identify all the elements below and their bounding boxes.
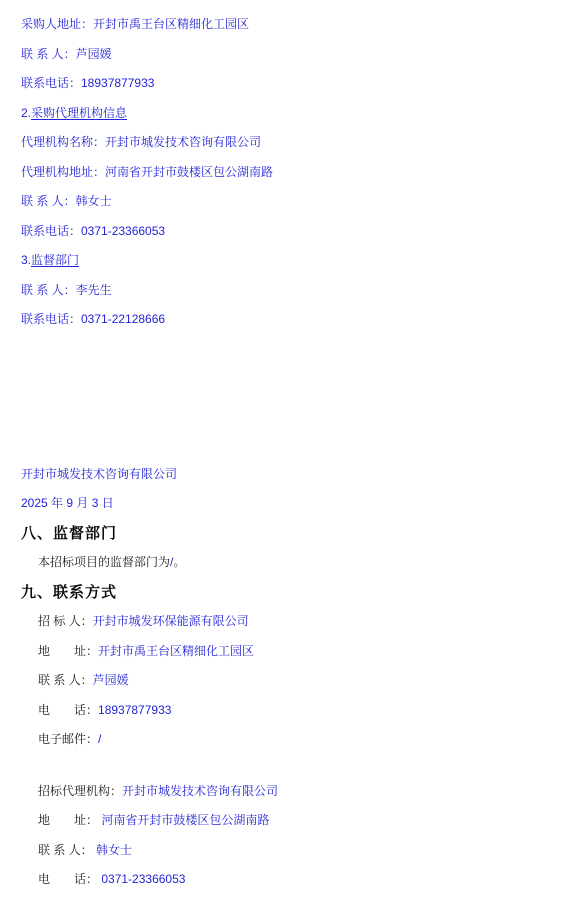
row-value: 河南省开封市鼓楼区包公湖南路 xyxy=(98,813,269,827)
purchaser-address-line: 采购人地址：开封市禹王台区精细化工园区 xyxy=(21,10,549,40)
tenderer-contact-row: 联 系 人：芦园媛 xyxy=(21,666,549,696)
signature-agency-name: 开封市城发技术咨询有限公司 xyxy=(21,460,549,490)
supervisor-section-title: 监督部门 xyxy=(31,253,79,267)
purchaser-phone-line: 联系电话：18937877933 xyxy=(21,69,549,99)
vertical-gap xyxy=(21,335,549,460)
supervisor-section-number: 3. xyxy=(21,253,31,267)
row-label: 联 系 人： xyxy=(38,673,93,687)
row-label: 电 话： xyxy=(38,872,98,886)
purchaser-contact-line: 联 系 人：芦园媛 xyxy=(21,40,549,70)
row-value: 开封市城发技术咨询有限公司 xyxy=(122,784,278,798)
tenderer-name-row: 招 标 人：开封市城发环保能源有限公司 xyxy=(21,607,549,637)
supervisor-contact-line: 联 系 人：李先生 xyxy=(21,276,549,306)
agency-phone-line: 联系电话：0371-23366053 xyxy=(21,217,549,247)
row-value: 芦园媛 xyxy=(93,673,129,687)
section-eight-body: 本招标项目的监督部门为/。 xyxy=(21,548,549,578)
row-value: 开封市禹王台区精细化工园区 xyxy=(98,644,254,658)
agent-phone-row: 电 话： 0371-23366053 xyxy=(21,865,549,895)
row-value: / xyxy=(98,732,101,746)
agent-contact-row: 联 系 人： 韩女士 xyxy=(21,836,549,866)
agent-address-row: 地 址： 河南省开封市鼓楼区包公湖南路 xyxy=(21,806,549,836)
signature-date: 2025 年 9 月 3 日 xyxy=(21,489,549,519)
tender-document-page: 采购人地址：开封市禹王台区精细化工园区 联 系 人：芦园媛 联系电话：18937… xyxy=(0,0,569,914)
supervision-statement-prefix: 本招标项目的监督部门为 xyxy=(38,555,170,569)
agent-name-row: 招标代理机构：开封市城发技术咨询有限公司 xyxy=(21,777,549,807)
row-label: 电 话： xyxy=(38,703,98,717)
row-value: 18937877933 xyxy=(98,703,171,717)
row-label: 地 址： xyxy=(38,644,98,658)
supervision-statement-suffix: 。 xyxy=(173,555,185,569)
row-label: 联 系 人： xyxy=(38,843,93,857)
row-value: 0371-23366053 xyxy=(98,872,185,886)
row-label: 地 址： xyxy=(38,813,98,827)
tenderer-address-row: 地 址：开封市禹王台区精细化工园区 xyxy=(21,637,549,667)
agency-section-heading: 2.采购代理机构信息 xyxy=(21,99,549,129)
supervisor-phone-line: 联系电话：0371-22128666 xyxy=(21,305,549,335)
row-label: 招标代理机构： xyxy=(38,784,122,798)
section-eight-heading: 八、监督部门 xyxy=(21,519,549,549)
row-label: 招 标 人： xyxy=(38,614,93,628)
agency-name-line: 代理机构名称：开封市城发技术咨询有限公司 xyxy=(21,128,549,158)
agency-address-line: 代理机构地址：河南省开封市鼓楼区包公湖南路 xyxy=(21,158,549,188)
vertical-gap xyxy=(21,755,549,777)
row-label: 电子邮件： xyxy=(38,732,98,746)
agency-section-title: 采购代理机构信息 xyxy=(31,106,127,120)
row-value: 开封市城发环保能源有限公司 xyxy=(93,614,249,628)
section-nine-heading: 九、联系方式 xyxy=(21,578,549,608)
agency-contact-line: 联 系 人：韩女士 xyxy=(21,187,549,217)
row-value: 韩女士 xyxy=(93,843,132,857)
agency-section-number: 2. xyxy=(21,106,31,120)
tenderer-phone-row: 电 话：18937877933 xyxy=(21,696,549,726)
supervisor-section-heading: 3.监督部门 xyxy=(21,246,549,276)
tenderer-email-row: 电子邮件：/ xyxy=(21,725,549,755)
